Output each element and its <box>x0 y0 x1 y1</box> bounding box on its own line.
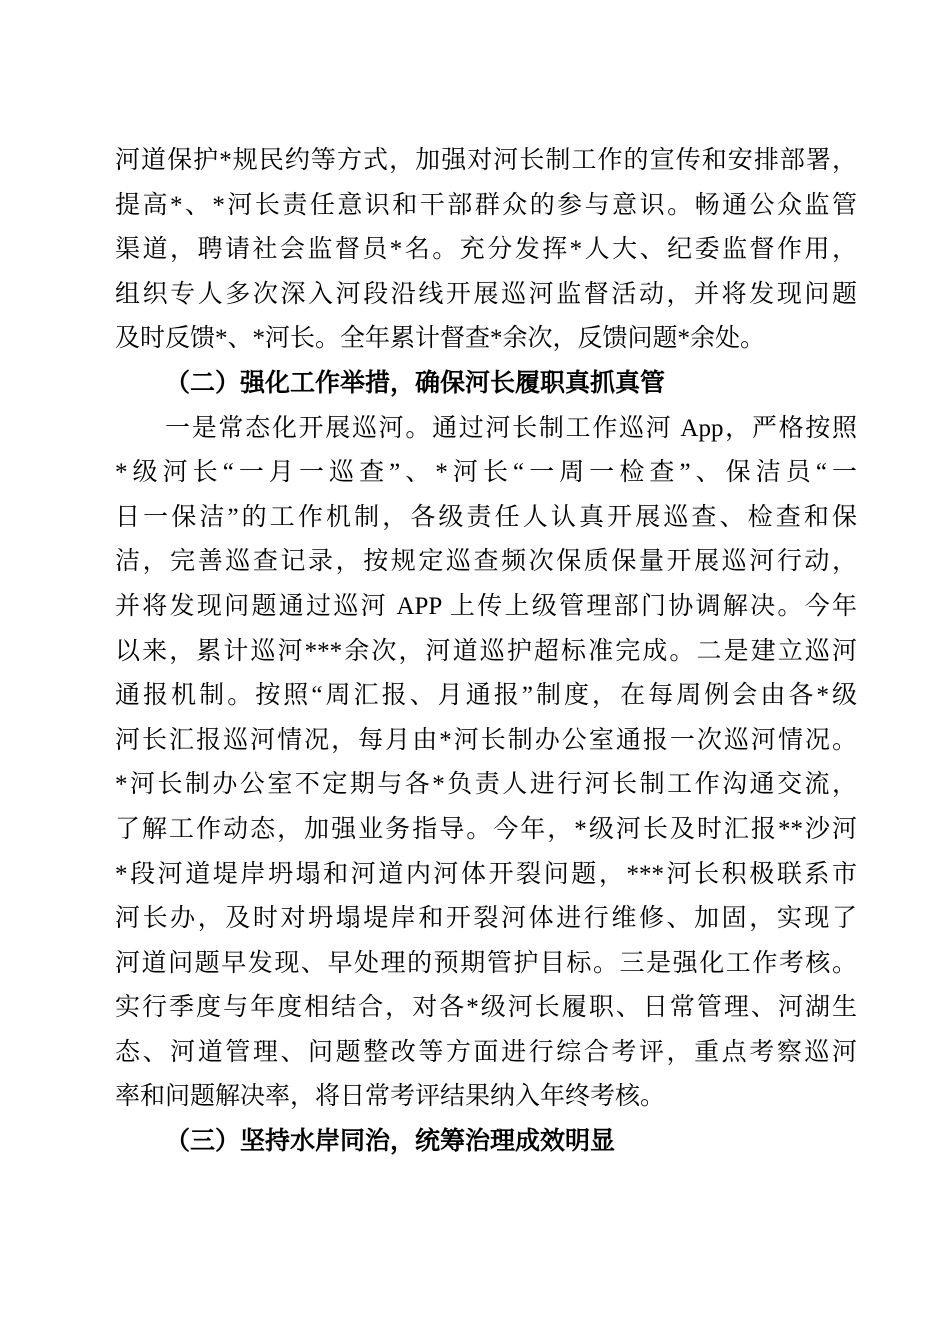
body-line: 态、河道管理、问题整改等方面进行综合考评，重点考察巡河 <box>115 1031 857 1076</box>
body-line: 组织专人多次深入河段沿线开展巡河监督活动，并将发现问题 <box>115 273 857 318</box>
body-line: 实行季度与年度相结合，对各*级河长履职、日常管理、河湖生 <box>115 986 857 1031</box>
body-line: *段河道堤岸坍塌和河道内河体开裂问题，***河长积极联系市 <box>115 853 857 898</box>
body-line: *河长制办公室不定期与各*负责人进行河长制工作沟通交流， <box>115 763 857 808</box>
body-line: 河长汇报巡河情况，每月由*河长制办公室通报一次巡河情况。 <box>115 719 857 764</box>
section-heading-2: （二）强化工作举措，确保河长履职真抓真管 <box>115 362 857 407</box>
body-line: 了解工作动态，加强业务指导。今年，*级河长及时汇报**沙河 <box>115 808 857 853</box>
body-line: 率和问题解决率，将日常考评结果纳入年终考核。 <box>115 1075 857 1120</box>
section-heading-3: （三）坚持水岸同治，统筹治理成效明显 <box>115 1120 857 1165</box>
body-line: 提高*、*河长责任意识和干部群众的参与意识。畅通公众监管 <box>115 184 857 229</box>
body-line: 及时反馈*、*河长。全年累计督查*余次，反馈问题*余处。 <box>115 317 857 362</box>
body-line: 并将发现问题通过巡河 APP 上传上级管理部门协调解决。今年 <box>115 585 857 630</box>
body-line: 以来，累计巡河***余次，河道巡护超标准完成。二是建立巡河 <box>115 630 857 675</box>
body-line: 通报机制。按照“周汇报、月通报”制度，在每周例会由各*级 <box>115 674 857 719</box>
body-line: 河长办，及时对坍塌堤岸和开裂河体进行维修、加固，实现了 <box>115 897 857 942</box>
body-line: 一是常态化开展巡河。通过河长制工作巡河 App，严格按照 <box>115 407 857 452</box>
document-body: 河道保护*规民约等方式，加强对河长制工作的宣传和安排部署， 提高*、*河长责任意… <box>115 139 857 1165</box>
body-line: 渠道，聘请社会监督员*名。充分发挥*人大、纪委监督作用， <box>115 228 857 273</box>
body-line: 日一保洁”的工作机制，各级责任人认真开展巡查、检查和保 <box>115 496 857 541</box>
body-line: 河道问题早发现、早处理的预期管护目标。三是强化工作考核。 <box>115 942 857 987</box>
body-line: 洁，完善巡查记录，按规定巡查频次保质保量开展巡河行动， <box>115 540 857 585</box>
body-line: 河道保护*规民约等方式，加强对河长制工作的宣传和安排部署， <box>115 139 857 184</box>
document-page: 河道保护*规民约等方式，加强对河长制工作的宣传和安排部署， 提高*、*河长责任意… <box>0 0 950 1344</box>
body-line: *级河长“一月一巡查”、*河长“一周一检查”、保洁员“一 <box>115 451 857 496</box>
